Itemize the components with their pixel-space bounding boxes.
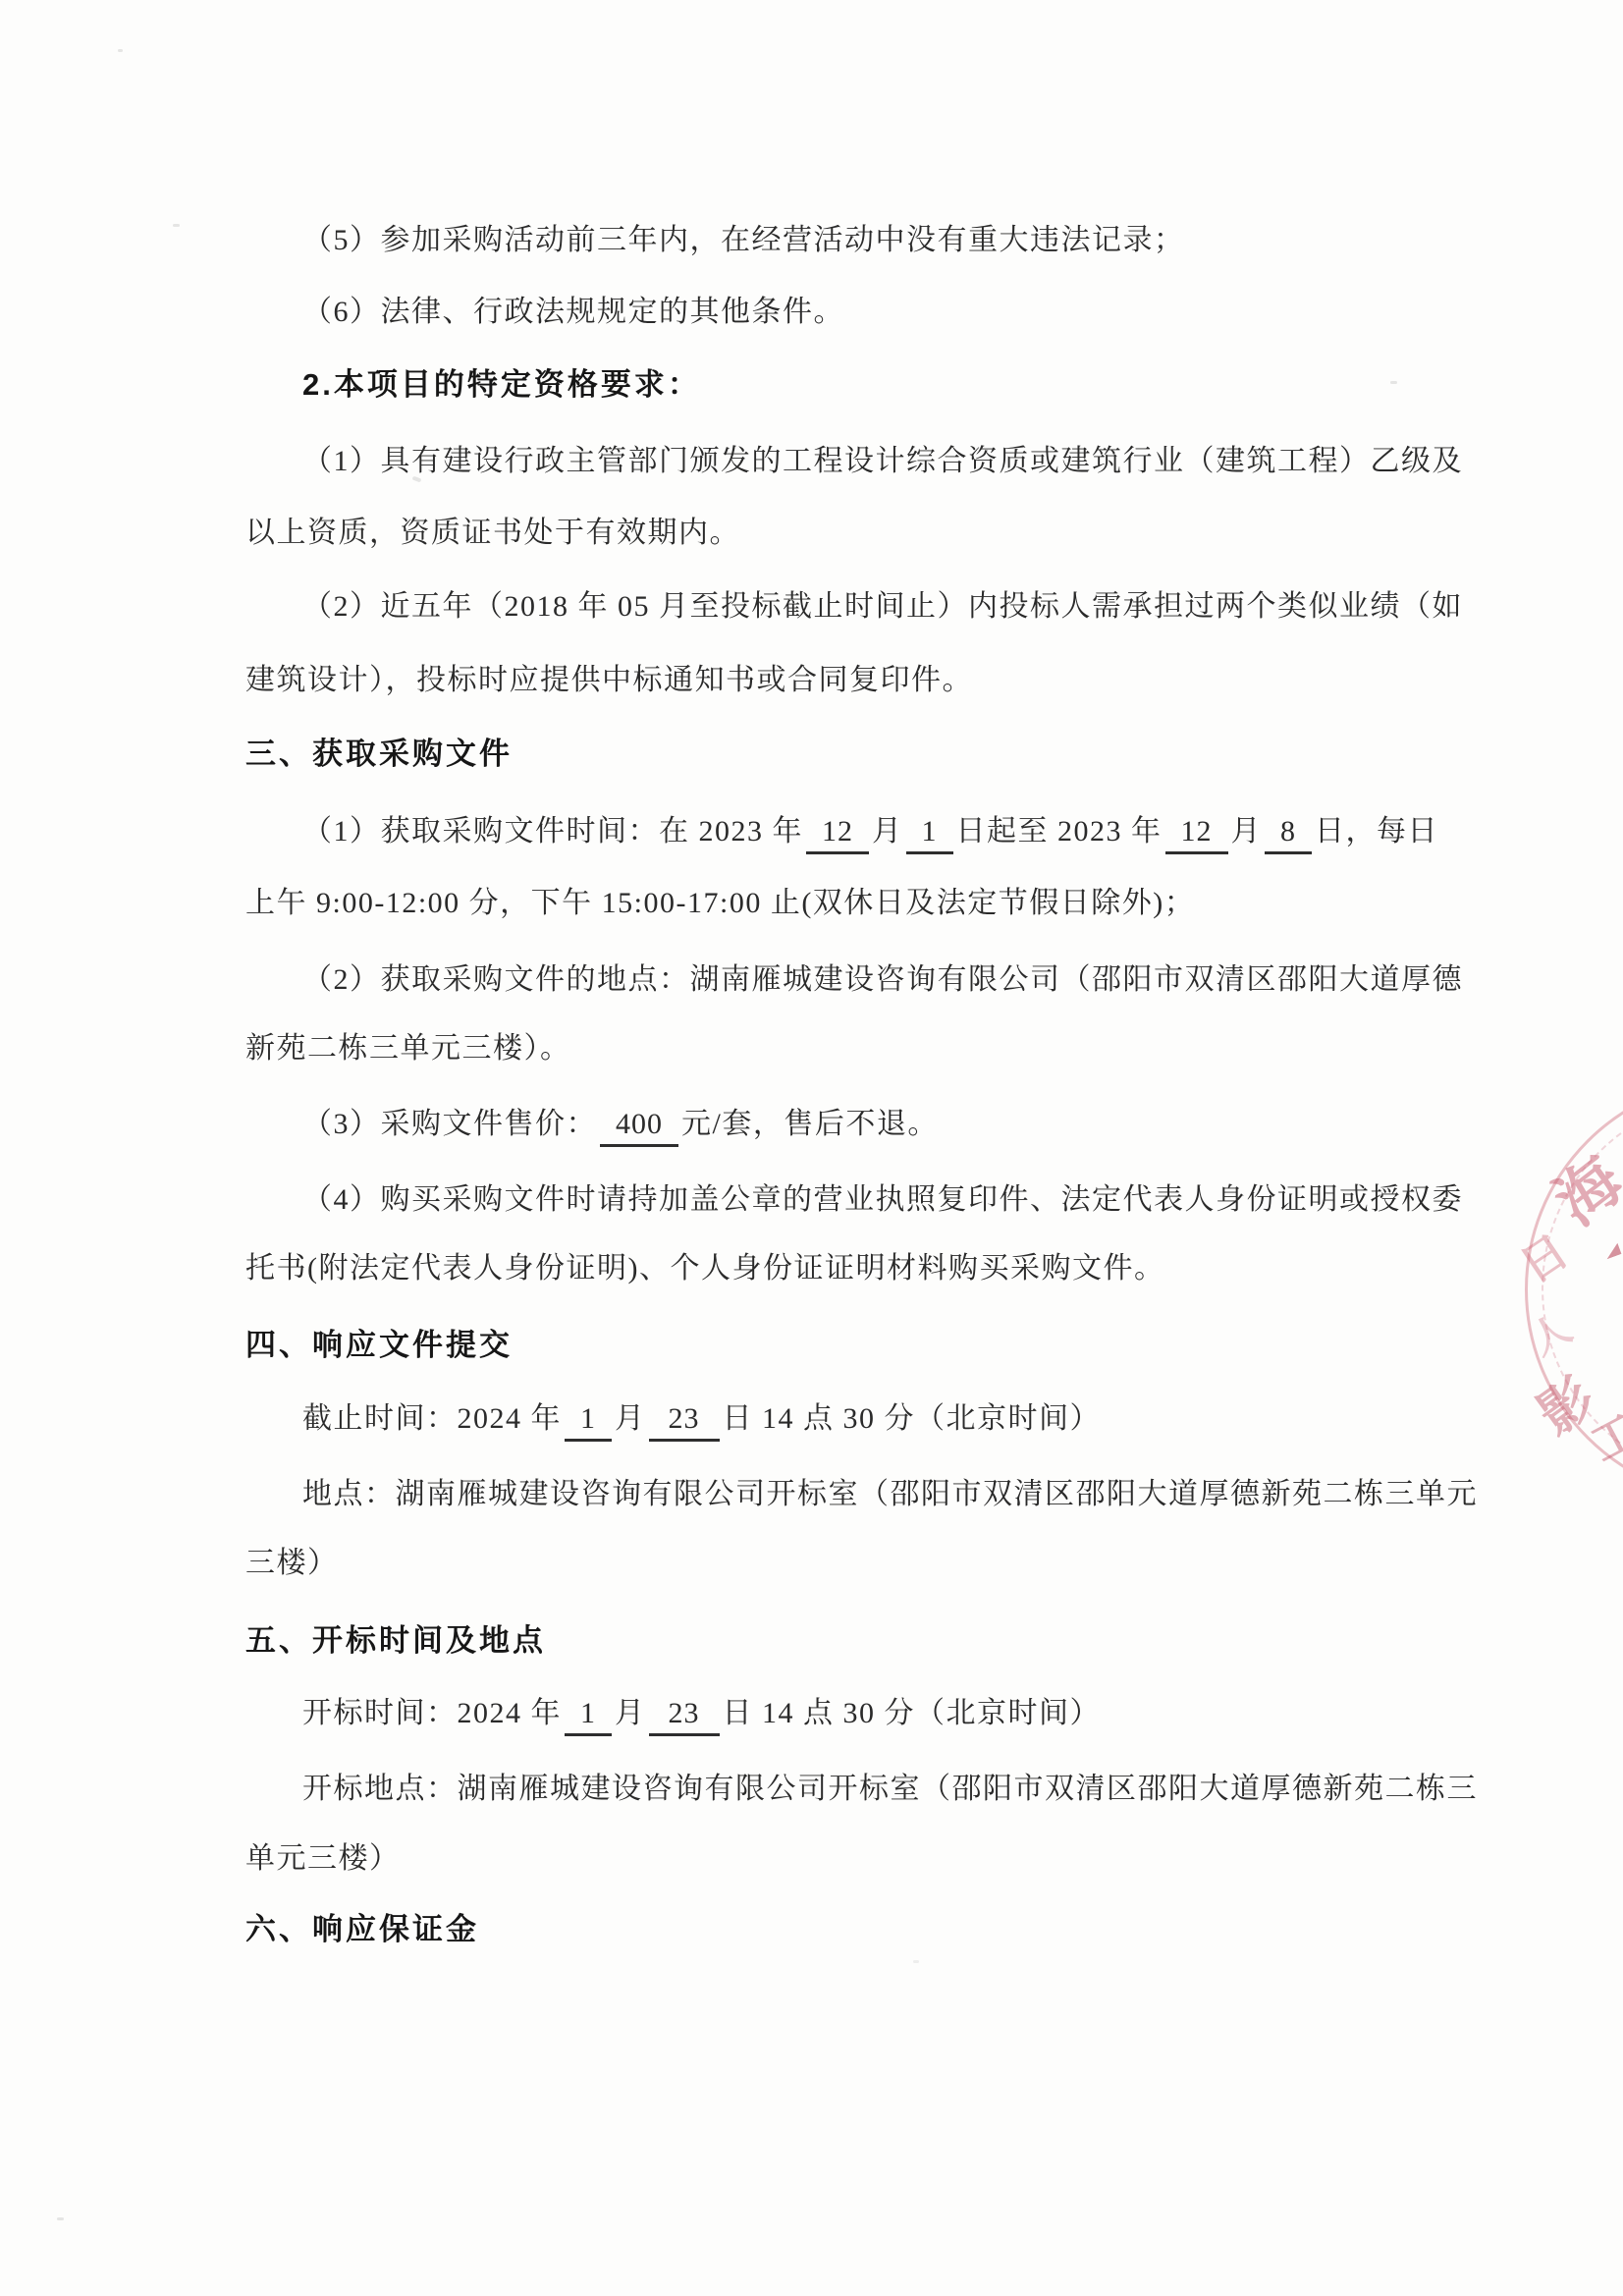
doc-obtain-place-line-2: 新苑二栋三单元三楼）。 — [245, 1028, 571, 1069]
open-month-underlined-value: 1 — [565, 1696, 612, 1736]
section-6-heading: 六、响应保证金 — [245, 1909, 479, 1950]
purchase-requirements-line-2: 托书(附法定代表人身份证明)、个人身份证证明材料购买采购文件。 — [245, 1248, 1164, 1289]
bid-opening-place-line-1: 开标地点：湖南雁城建设咨询有限公司开标室（邵阳市双清区邵阳大道厚德新苑二栋三 — [302, 1769, 1478, 1810]
scan-speck — [173, 224, 180, 227]
specific-qualification-title: 2.本项目的特定资格要求： — [302, 364, 701, 406]
qualification-req-1-line-1: （1）具有建设行政主管部门颁发的工程设计综合资质或建筑行业（建筑工程）乙级及 — [302, 441, 1463, 482]
open-day-underlined-value: 23 — [649, 1696, 720, 1736]
bid-opening-time-line: 开标时间：2024 年1月23日 14 点 30 分（北京时间） — [302, 1693, 1101, 1736]
submission-place-line-2: 三楼） — [245, 1543, 339, 1584]
price-prefix-text: （3）采购文件售价： — [302, 1108, 597, 1140]
time-prefix-text: （1）获取采购文件时间：在 2023 年 — [302, 815, 803, 847]
submission-place-line-1: 地点：湖南雁城建设咨询有限公司开标室（邵阳市双清区邵阳大道厚德新苑二栋三单元 — [302, 1474, 1478, 1515]
month-label: 月 — [1231, 815, 1263, 847]
time-mid-text: 日起至 2023 年 — [956, 815, 1163, 847]
deadline-month-underlined-value: 1 — [565, 1401, 612, 1442]
bid-opening-place-line-2: 单元三楼） — [245, 1838, 401, 1880]
section-3-heading: 三、获取采购文件 — [245, 734, 513, 775]
end-month-underlined-value: 12 — [1165, 814, 1228, 854]
time-suffix-text: 日，每日 — [1315, 815, 1438, 847]
end-day-underlined-value: 8 — [1265, 814, 1312, 854]
scan-speck — [57, 2217, 64, 2220]
open-time-prefix-text: 开标时间：2024 年 — [302, 1697, 562, 1729]
price-suffix-text: 元/套，售后不退。 — [681, 1108, 939, 1140]
qualification-req-1-line-2: 以上资质，资质证书处于有效期内。 — [245, 513, 740, 554]
month-label: 月 — [872, 815, 903, 847]
month-label: 月 — [615, 1697, 646, 1729]
scanned-document-page: （5）参加采购活动前三年内，在经营活动中没有重大违法记录； （6）法律、行政法规… — [0, 0, 1623, 2296]
clause-no-major-violations: （5）参加采购活动前三年内，在经营活动中没有重大违法记录； — [302, 220, 1185, 261]
qualification-req-2-line-1: （2）近五年（2018 年 05 月至投标截止时间止）内投标人需承担过两个类似业… — [302, 586, 1463, 628]
doc-obtain-time-line-2: 上午 9:00-12:00 分，下午 15:00-17:00 止(双休日及法定节… — [245, 883, 1195, 924]
doc-obtain-time-line-1: （1）获取采购文件时间：在 2023 年12月1日起至 2023 年12月8日，… — [302, 811, 1438, 854]
submission-deadline-line: 截止时间：2024 年1月23日 14 点 30 分（北京时间） — [302, 1398, 1101, 1442]
doc-obtain-place-line-1: （2）获取采购文件的地点：湖南雁城建设咨询有限公司（邵阳市双清区邵阳大道厚德 — [302, 959, 1463, 1001]
price-underlined-value: 400 — [600, 1107, 678, 1147]
deadline-prefix-text: 截止时间：2024 年 — [302, 1402, 562, 1435]
qualification-req-2-line-2: 建筑设计），投标时应提供中标通知书或合同复印件。 — [245, 660, 973, 701]
section-4-heading: 四、响应文件提交 — [245, 1325, 513, 1366]
section-5-heading: 五、开标时间及地点 — [245, 1620, 546, 1662]
deadline-suffix-text: 日 14 点 30 分（北京时间） — [723, 1402, 1102, 1435]
scan-speck — [913, 1960, 919, 1963]
purchase-requirements-line-1: （4）购买采购文件时请持加盖公章的营业执照复印件、法定代表人身份证明或授权委 — [302, 1179, 1463, 1221]
doc-price-line: （3）采购文件售价：400元/套，售后不退。 — [302, 1104, 939, 1147]
deadline-day-underlined-value: 23 — [649, 1401, 720, 1442]
month-label: 月 — [615, 1402, 646, 1435]
open-time-suffix-text: 日 14 点 30 分（北京时间） — [723, 1697, 1102, 1729]
clause-other-legal-conditions: （6）法律、行政法规规定的其他条件。 — [302, 292, 844, 333]
scan-speck — [1390, 381, 1397, 384]
scan-speck — [118, 49, 123, 52]
start-month-underlined-value: 12 — [806, 814, 869, 854]
start-day-underlined-value: 1 — [906, 814, 953, 854]
